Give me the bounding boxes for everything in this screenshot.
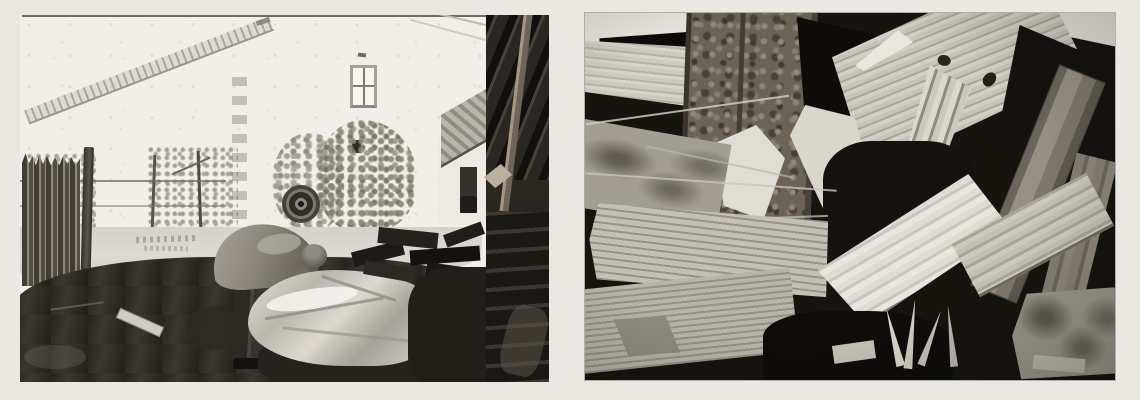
yard-track-marks bbox=[144, 246, 188, 252]
photo-top-edge bbox=[22, 15, 546, 17]
barn-wall bbox=[486, 15, 549, 382]
knot-hole bbox=[938, 55, 951, 66]
photo-farmyard bbox=[20, 15, 549, 382]
person-head bbox=[301, 244, 327, 268]
splinter bbox=[917, 309, 944, 366]
frost-patch bbox=[24, 345, 86, 369]
log bbox=[443, 222, 485, 248]
splinter bbox=[903, 299, 919, 370]
dark-barrel bbox=[460, 196, 477, 213]
log bbox=[363, 260, 411, 282]
photo-mount-sheet bbox=[0, 0, 1140, 400]
log bbox=[410, 246, 481, 266]
splinter bbox=[944, 305, 958, 367]
photo-firewood-closeup bbox=[585, 13, 1115, 380]
splinters bbox=[883, 295, 1013, 380]
knot-hole bbox=[980, 70, 999, 89]
window-top-speck bbox=[358, 52, 366, 57]
picket-fence bbox=[22, 152, 80, 286]
window bbox=[350, 65, 377, 108]
splinter bbox=[882, 307, 905, 367]
